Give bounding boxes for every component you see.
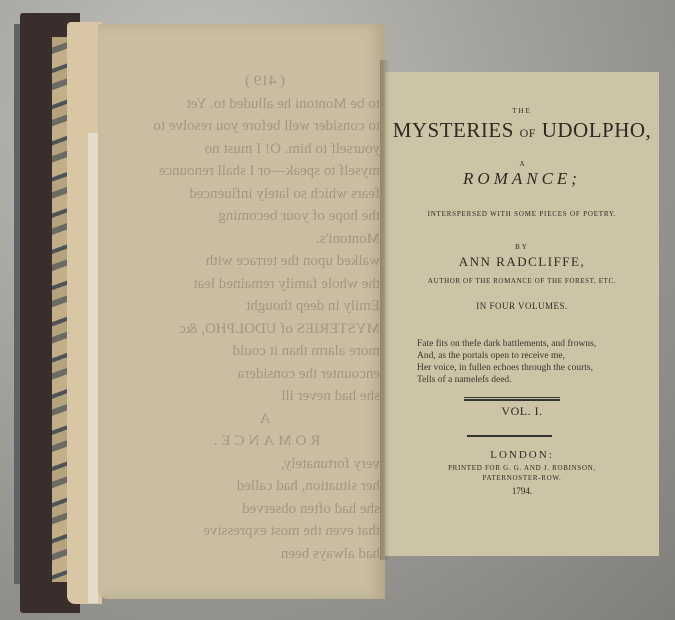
imprint-printer: PRINTED FOR G. G. AND J. ROBINSON,	[385, 464, 659, 472]
epigraph-line: And, as the portals open to receive me,	[417, 350, 647, 362]
show-through-line: very fortunately,	[150, 453, 380, 476]
gutter-shadow	[380, 60, 390, 560]
show-through-line: myself to speak—or I shall renounce	[150, 160, 380, 183]
author-credits: AUTHOR OF THE ROMANCE OF THE FOREST, ETC…	[385, 277, 659, 285]
rule	[467, 435, 552, 437]
show-through-line: had always been	[150, 543, 380, 566]
show-through-text: ( 419 ) to be Montoni he alluded to. Yet…	[150, 70, 380, 565]
show-through-line: she had never ill	[150, 385, 380, 408]
show-through-line: encounter the considera	[150, 363, 380, 386]
subtitle-note: INTERSPERSED WITH SOME PIECES OF POETRY.	[385, 210, 659, 218]
show-through-line: A	[150, 408, 380, 431]
show-through-line: fears which so lately influenced	[150, 183, 380, 206]
show-through-line: more alarm than it could	[150, 340, 380, 363]
show-through-line: to consider well before you resolve to	[150, 115, 380, 138]
epigraph-line: Fate fits on thefe dark battlements, and…	[417, 338, 647, 350]
book-title-part: UDOLPHO,	[536, 118, 651, 142]
by-line: BY	[385, 243, 659, 251]
show-through-line: yourself to him. O! I must no	[150, 138, 380, 161]
epigraph: Fate fits on thefe dark battlements, and…	[417, 338, 647, 386]
imprint-year: 1794.	[385, 486, 659, 496]
imprint-place: LONDON:	[385, 449, 659, 461]
subtitle: ROMANCE;	[385, 169, 659, 189]
title-page: THE MYSTERIES OF UDOLPHO, A ROMANCE; INT…	[385, 72, 659, 556]
show-through-line: she had often observed	[150, 498, 380, 521]
author-name: ANN RADCLIFFE,	[385, 254, 659, 270]
book-title-part: MYSTERIES	[393, 118, 520, 142]
show-through-page-number: ( 419 )	[150, 70, 380, 93]
show-through-line: her situation, had called	[150, 475, 380, 498]
title-article: THE	[385, 107, 659, 115]
volume-number: VOL. I.	[385, 404, 659, 419]
book-title-of: OF	[520, 126, 536, 140]
volume-count: IN FOUR VOLUMES.	[385, 301, 659, 311]
book-title: MYSTERIES OF UDOLPHO,	[385, 118, 659, 143]
show-through-line: Emily in deep thought	[150, 295, 380, 318]
show-through-line: ROMANCE.	[150, 430, 380, 453]
show-through-line: MYSTERIES of UDOLPHO, &c	[150, 318, 380, 341]
epigraph-line: Her voice, in fullen echoes through the …	[417, 362, 647, 374]
show-through-line: Montoni's.	[150, 228, 380, 251]
epigraph-line: Tells of a namelefs deed.	[417, 374, 647, 386]
paper-slip	[88, 133, 98, 603]
show-through-line: the hope of your becoming	[150, 205, 380, 228]
subtitle-article: A	[385, 160, 659, 168]
show-through-line: to be Montoni he alluded to. Yet	[150, 93, 380, 116]
show-through-line: the whole family remained leat	[150, 273, 380, 296]
marbled-endpaper	[52, 37, 68, 582]
show-through-line: that even the most expressive	[150, 520, 380, 543]
imprint-address: PATERNOSTER-ROW.	[385, 474, 659, 482]
double-rule	[464, 397, 560, 401]
show-through-line: walked upon the terrace with	[150, 250, 380, 273]
